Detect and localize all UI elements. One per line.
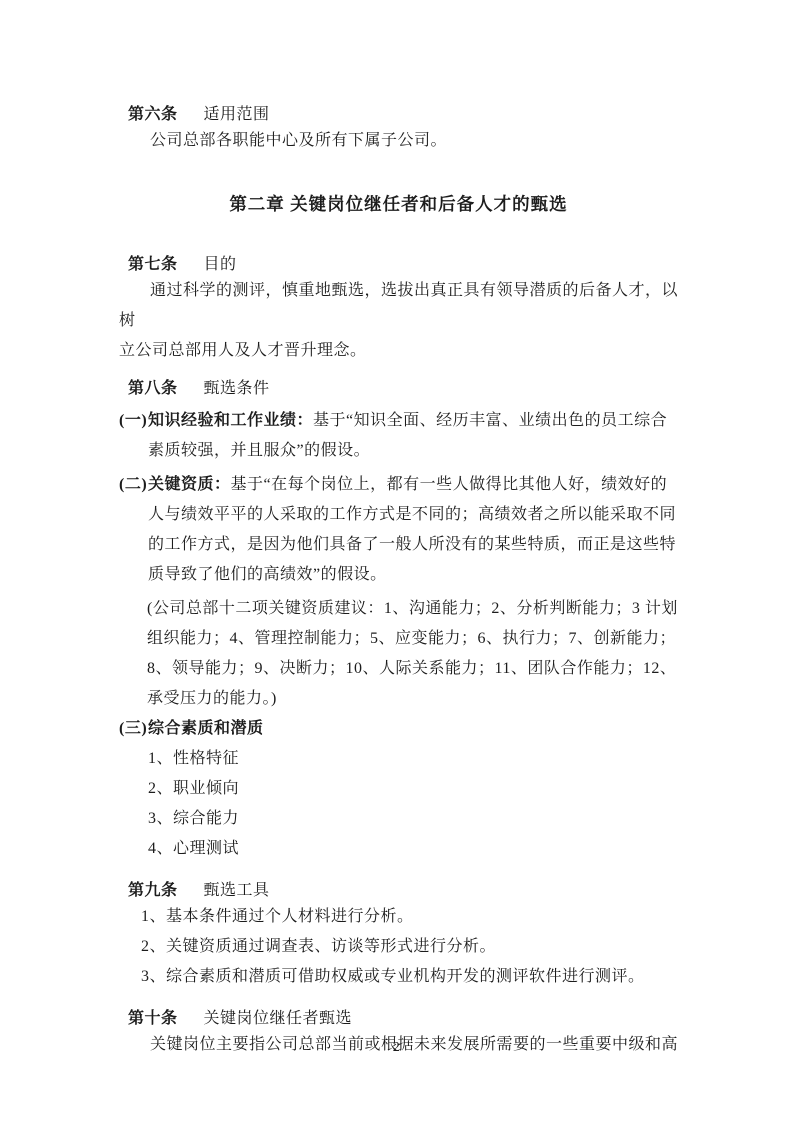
condition-item-3-term: 综合素质和潜质 <box>148 720 264 737</box>
document-content: 第六条适用范围 公司总部各职能中心及所有下属子公司。 第二章 关键岗位继任者和后… <box>119 104 678 1060</box>
document-page: 第六条适用范围 公司总部各职能中心及所有下属子公司。 第二章 关键岗位继任者和后… <box>0 0 793 1122</box>
selection-tools-item: 2、关键资质通过调查表、访谈等形式进行分析。 <box>141 932 678 962</box>
chapter-heading: 第二章 关键岗位继任者和后备人才的甄选 <box>119 190 678 218</box>
article-6-body: 公司总部各职能中心及所有下属子公司。 <box>119 126 678 156</box>
article-6-title: 适用范围 <box>204 106 270 123</box>
article-7-number: 第七条 <box>128 256 178 273</box>
condition-item-1-term: 知识经验和工作业绩： <box>148 412 313 429</box>
condition-item-2-term: 关键资质： <box>148 476 231 493</box>
condition-item-2-body: 关键资质：基于“在每个岗位上，都有一些人做得比其他人好，绩效好的 人与绩效平平的… <box>148 470 678 590</box>
condition-item-2-label: (二) <box>119 470 148 590</box>
quality-sublist-item: 3、综合能力 <box>148 804 678 834</box>
key-qualities-note: (公司总部十二项关键资质建议：1、沟通能力；2、分析判断能力；3 计划 组织能力… <box>147 594 678 714</box>
article-10-heading: 第十条关键岗位继任者甄选 <box>119 1008 678 1030</box>
condition-item-1: (一) 知识经验和工作业绩：基于“知识全面、经历丰富、业绩出色的员工综合 素质较… <box>119 406 678 466</box>
condition-item-1-body: 知识经验和工作业绩：基于“知识全面、经历丰富、业绩出色的员工综合 素质较强，并且… <box>148 406 678 466</box>
condition-item-3: (三) 综合素质和潜质 <box>119 718 678 740</box>
article-10-title: 关键岗位继任者甄选 <box>204 1010 353 1027</box>
article-7-title: 目的 <box>204 256 237 273</box>
article-9-number: 第九条 <box>128 882 178 899</box>
article-9-title: 甄选工具 <box>204 882 270 899</box>
article-8-number: 第八条 <box>128 380 178 397</box>
condition-item-2: (二) 关键资质：基于“在每个岗位上，都有一些人做得比其他人好，绩效好的 人与绩… <box>119 470 678 590</box>
quality-sublist-item: 2、职业倾向 <box>148 774 678 804</box>
article-6-heading: 第六条适用范围 <box>119 104 678 126</box>
selection-tools-item: 3、综合素质和潜质可借助权威或专业机构开发的测评软件进行测评。 <box>141 962 678 992</box>
article-6-number: 第六条 <box>128 106 178 123</box>
selection-tools-list: 1、基本条件通过个人材料进行分析。 2、关键资质通过调查表、访谈等形式进行分析。… <box>141 902 678 992</box>
condition-item-3-label: (三) <box>119 718 148 740</box>
page-number: 2 <box>0 1038 793 1058</box>
selection-tools-item: 1、基本条件通过个人材料进行分析。 <box>141 902 678 932</box>
article-10-number: 第十条 <box>128 1010 178 1027</box>
article-8-heading: 第八条甄选条件 <box>119 378 678 400</box>
article-8-title: 甄选条件 <box>204 380 270 397</box>
quality-sublist-item: 4、心理测试 <box>148 834 678 864</box>
article-7-body: 通过科学的测评，慎重地甄选，选拔出真正具有领导潜质的后备人才，以树 立公司总部用… <box>119 276 678 366</box>
article-9-heading: 第九条甄选工具 <box>119 880 678 902</box>
condition-item-3-body: 综合素质和潜质 <box>148 718 678 740</box>
article-7-heading: 第七条目的 <box>119 254 678 276</box>
quality-sublist-item: 1、性格特征 <box>148 744 678 774</box>
condition-item-1-label: (一) <box>119 406 148 466</box>
quality-sublist: 1、性格特征 2、职业倾向 3、综合能力 4、心理测试 <box>148 744 678 864</box>
